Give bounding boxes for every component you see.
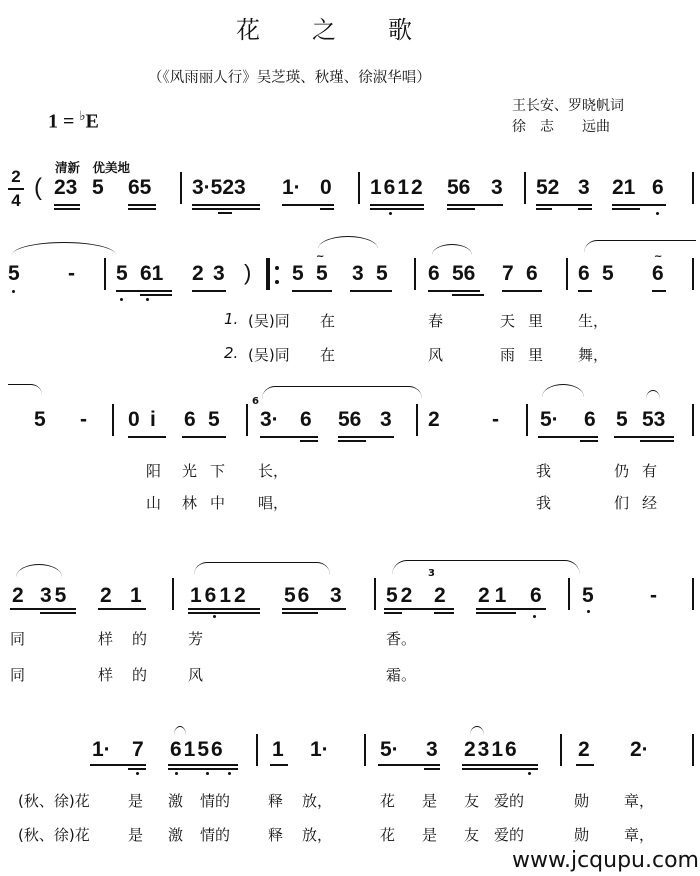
note: 2· bbox=[630, 738, 649, 762]
low-octave-dot bbox=[213, 615, 216, 618]
underline bbox=[384, 612, 402, 614]
underline bbox=[192, 204, 260, 206]
note: 2 bbox=[434, 584, 446, 608]
slur bbox=[646, 390, 660, 399]
underline bbox=[476, 608, 546, 610]
note: 5 bbox=[92, 176, 104, 200]
lyric: 阳 bbox=[146, 460, 161, 481]
note: 7 bbox=[132, 738, 144, 762]
underline bbox=[54, 208, 80, 210]
lyric: (吴)同 bbox=[248, 310, 290, 331]
underline bbox=[370, 204, 424, 206]
note: 3· bbox=[260, 408, 279, 432]
underline bbox=[614, 436, 674, 438]
low-octave-dot bbox=[533, 615, 536, 618]
note: - bbox=[492, 408, 499, 432]
note: 6 bbox=[428, 262, 440, 286]
note: 5 bbox=[34, 408, 46, 432]
lyric: 同 bbox=[10, 628, 25, 649]
underline bbox=[578, 208, 592, 210]
lyric: 章， bbox=[624, 790, 654, 811]
barline bbox=[104, 258, 106, 290]
underline bbox=[338, 436, 394, 438]
underline bbox=[98, 608, 146, 610]
low-octave-dot bbox=[389, 212, 392, 215]
underline bbox=[192, 208, 260, 210]
lyric: 唱， bbox=[258, 492, 288, 513]
underline bbox=[168, 764, 238, 766]
note: 6 bbox=[652, 176, 664, 200]
underline bbox=[192, 290, 226, 292]
paren-close: ) bbox=[244, 260, 251, 286]
lyric: 释 bbox=[268, 790, 283, 811]
underline bbox=[652, 290, 666, 292]
slur bbox=[470, 726, 484, 735]
lyric: 生， bbox=[578, 310, 608, 331]
barline bbox=[566, 258, 568, 290]
underline bbox=[218, 212, 232, 214]
underline bbox=[612, 208, 640, 210]
lyric-verse-number: 1. bbox=[224, 310, 238, 328]
repeat-start-barline-thick bbox=[266, 258, 270, 290]
slur bbox=[16, 564, 62, 577]
note: - bbox=[650, 584, 657, 608]
lyric: 花 bbox=[380, 790, 395, 811]
note: i bbox=[150, 408, 156, 432]
lyric: 经 bbox=[642, 492, 657, 513]
note: 7 bbox=[502, 262, 514, 286]
underline bbox=[128, 204, 156, 206]
lyric: 爱的 bbox=[494, 824, 524, 845]
note: 52 bbox=[536, 176, 559, 200]
note: 3·523 bbox=[192, 176, 246, 200]
note: 3 bbox=[426, 738, 438, 762]
lyricist-credit: 王长安、罗晓帆词 bbox=[512, 95, 624, 115]
note: 2 bbox=[428, 408, 440, 432]
lyric: 勋 bbox=[574, 824, 589, 845]
time-sig-line bbox=[8, 188, 24, 190]
lyric: (吴)同 bbox=[248, 344, 290, 365]
lyric: 天 bbox=[500, 310, 515, 331]
underline bbox=[578, 290, 592, 292]
lyric: 是 bbox=[128, 824, 143, 845]
underline bbox=[434, 612, 454, 614]
note: 3 bbox=[213, 262, 225, 286]
lyric: 里 bbox=[528, 344, 543, 365]
lyric: 中 bbox=[210, 492, 225, 513]
note: 35 bbox=[40, 584, 69, 608]
underline bbox=[168, 768, 238, 770]
underline bbox=[128, 436, 166, 438]
low-octave-dot bbox=[120, 298, 123, 301]
note: 65 bbox=[128, 176, 151, 200]
lyric: 霜。 bbox=[386, 664, 416, 685]
note: 52 bbox=[386, 584, 415, 608]
lyric: 情的 bbox=[200, 790, 230, 811]
underline bbox=[116, 290, 172, 292]
note: 56 bbox=[338, 408, 361, 432]
underline bbox=[282, 612, 318, 614]
note: 6 bbox=[578, 262, 590, 286]
lyric: 雨 bbox=[500, 344, 515, 365]
time-sig-bottom: 4 bbox=[8, 192, 24, 210]
slur bbox=[12, 242, 116, 255]
note: 1· bbox=[310, 738, 329, 762]
song-title: 花之歌 bbox=[236, 10, 464, 45]
barline bbox=[526, 404, 528, 436]
lyric-verse-number: 2. bbox=[224, 344, 238, 362]
grace-note: 6 bbox=[252, 396, 259, 407]
underline bbox=[428, 290, 480, 292]
song-subtitle: （《风雨丽人行》吴芝瑛、秋瑾、徐淑华唱） bbox=[148, 66, 431, 87]
underline bbox=[612, 204, 666, 206]
lyric: 的 bbox=[132, 628, 147, 649]
lyric: 仍 bbox=[614, 460, 629, 481]
note: 1 bbox=[130, 584, 142, 608]
key-label: 1 = bbox=[48, 111, 79, 133]
underline bbox=[536, 204, 592, 206]
note: 5 bbox=[116, 262, 128, 286]
note: 53 bbox=[642, 408, 665, 432]
underline bbox=[447, 208, 475, 210]
low-octave-dot bbox=[136, 772, 139, 775]
lyric: 春 bbox=[428, 310, 443, 331]
note: 5 bbox=[292, 262, 304, 286]
underline bbox=[580, 440, 598, 442]
underline bbox=[338, 440, 366, 442]
note: 21 bbox=[478, 584, 511, 608]
note: 5 bbox=[582, 584, 594, 608]
underline bbox=[424, 768, 440, 770]
note: 1· bbox=[92, 738, 111, 762]
low-octave-dot bbox=[656, 212, 659, 215]
underline bbox=[40, 612, 76, 614]
lyric: 芳 bbox=[188, 628, 203, 649]
key-note: E bbox=[86, 111, 99, 133]
slur bbox=[262, 386, 422, 399]
barline bbox=[172, 578, 174, 610]
note: 6 bbox=[526, 262, 538, 286]
lyric: 情的 bbox=[200, 824, 230, 845]
underline bbox=[182, 436, 226, 438]
underline bbox=[282, 608, 346, 610]
note: 6 bbox=[584, 408, 596, 432]
note: - bbox=[80, 408, 87, 432]
underline bbox=[188, 608, 260, 610]
note: 56 bbox=[452, 262, 475, 286]
lyric: 下 bbox=[210, 460, 225, 481]
barline bbox=[374, 578, 376, 610]
underline bbox=[462, 764, 538, 766]
underline bbox=[128, 208, 156, 210]
note: 0 bbox=[128, 408, 140, 432]
underline bbox=[300, 440, 318, 442]
lyric: 同 bbox=[10, 664, 25, 685]
note: 61 bbox=[140, 262, 163, 286]
note: 0 bbox=[320, 176, 332, 200]
slur bbox=[432, 244, 472, 255]
underline bbox=[128, 768, 146, 770]
lyric: (秋、徐)花 bbox=[18, 790, 90, 811]
underline bbox=[447, 204, 503, 206]
note: 3 bbox=[352, 262, 364, 286]
grace-note: 3 bbox=[428, 568, 435, 579]
lyric: 有 bbox=[642, 460, 657, 481]
underline bbox=[452, 294, 484, 296]
lyric: 释 bbox=[268, 824, 283, 845]
underline bbox=[260, 436, 318, 438]
underline bbox=[476, 612, 516, 614]
note: 5· bbox=[540, 408, 559, 432]
note: 2316 bbox=[464, 738, 519, 762]
slur bbox=[174, 726, 186, 735]
underline bbox=[188, 612, 260, 614]
underline bbox=[378, 764, 440, 766]
slur bbox=[194, 562, 330, 575]
barline bbox=[692, 404, 694, 436]
low-octave-dot bbox=[146, 298, 149, 301]
time-sig-top: 2 bbox=[8, 168, 24, 186]
note: 6 bbox=[652, 262, 664, 286]
low-octave-dot bbox=[528, 772, 531, 775]
key-signature: 1 = ♭E bbox=[48, 108, 99, 134]
note: 2 bbox=[578, 738, 590, 762]
note: 2 bbox=[100, 584, 112, 608]
barline bbox=[560, 734, 562, 766]
note: 1612 bbox=[370, 176, 425, 200]
note: 3 bbox=[380, 408, 392, 432]
underline bbox=[54, 204, 80, 206]
lyric: 林 bbox=[182, 492, 197, 513]
note: 5 bbox=[616, 408, 628, 432]
lyric: 样 bbox=[98, 628, 113, 649]
watermark: www.jcqupu.com bbox=[512, 848, 699, 873]
low-octave-dot bbox=[228, 772, 231, 775]
slur-tail bbox=[8, 384, 42, 395]
underline bbox=[292, 290, 332, 292]
lyric: 花 bbox=[380, 824, 395, 845]
barline bbox=[112, 404, 114, 436]
note: 1 bbox=[272, 738, 284, 762]
lyric: 舞， bbox=[578, 344, 608, 365]
barline bbox=[358, 172, 360, 204]
lyric: 样 bbox=[98, 664, 113, 685]
note: 2 bbox=[12, 584, 24, 608]
lyric: 是 bbox=[128, 790, 143, 811]
lyric: 放， bbox=[302, 824, 332, 845]
note: 3 bbox=[330, 584, 342, 608]
repeat-dot bbox=[275, 280, 279, 284]
mordent-icon: ~ bbox=[316, 251, 324, 262]
note: 2 bbox=[192, 262, 204, 286]
time-signature: 2 4 bbox=[8, 168, 24, 210]
barline bbox=[692, 172, 694, 204]
underline bbox=[90, 764, 146, 766]
lyric: 风 bbox=[188, 664, 203, 685]
underline bbox=[538, 436, 598, 438]
lyric: 勋 bbox=[574, 790, 589, 811]
underline bbox=[10, 608, 76, 610]
lyric: 是 bbox=[422, 790, 437, 811]
low-octave-dot bbox=[206, 772, 209, 775]
lyric: 激 bbox=[168, 790, 183, 811]
lyric: 山 bbox=[146, 492, 161, 513]
low-octave-dot bbox=[175, 772, 178, 775]
barline bbox=[246, 404, 248, 436]
lyric: 的 bbox=[132, 664, 147, 685]
slur bbox=[392, 560, 580, 575]
lyric: 光 bbox=[182, 460, 197, 481]
lyric: 激 bbox=[168, 824, 183, 845]
slur bbox=[584, 240, 696, 253]
lyric: 友 bbox=[464, 824, 479, 845]
underline bbox=[270, 764, 288, 766]
lyric: 爱的 bbox=[494, 790, 524, 811]
barline bbox=[692, 258, 694, 290]
note: 56 bbox=[284, 584, 311, 608]
lyric: 我 bbox=[536, 492, 551, 513]
underline bbox=[282, 204, 334, 206]
note: 5 bbox=[376, 262, 388, 286]
note: 3 bbox=[578, 176, 590, 200]
slur bbox=[318, 236, 378, 249]
lyric: 香。 bbox=[386, 628, 416, 649]
barline bbox=[180, 172, 182, 204]
note: - bbox=[68, 262, 75, 286]
underline bbox=[536, 208, 552, 210]
note: 56 bbox=[447, 176, 470, 200]
low-octave-dot bbox=[12, 290, 15, 293]
lyric: 我 bbox=[536, 460, 551, 481]
tempo-marking: 清新 优美地 bbox=[55, 158, 130, 176]
composer-credit: 徐 志 远曲 bbox=[512, 116, 610, 136]
underline bbox=[140, 294, 172, 296]
lyric: 章， bbox=[624, 824, 654, 845]
barline bbox=[256, 734, 258, 766]
barline bbox=[416, 404, 418, 436]
note: 6 bbox=[184, 408, 196, 432]
note: 1612 bbox=[190, 584, 249, 608]
underline bbox=[462, 768, 538, 770]
note: 5 bbox=[208, 408, 220, 432]
note: 5 bbox=[8, 262, 20, 286]
note: 6156 bbox=[170, 738, 225, 762]
low-octave-dot bbox=[587, 610, 590, 613]
note: 3 bbox=[491, 176, 503, 200]
lyric: 长， bbox=[258, 460, 288, 481]
lyric: 们 bbox=[614, 492, 629, 513]
underline bbox=[370, 208, 424, 210]
note: 6 bbox=[530, 584, 542, 608]
lyric: 放， bbox=[302, 790, 332, 811]
underline bbox=[576, 764, 594, 766]
note: 6 bbox=[300, 408, 312, 432]
barline bbox=[524, 172, 526, 204]
underline bbox=[320, 208, 334, 210]
lyric: 在 bbox=[320, 344, 335, 365]
barline bbox=[364, 734, 366, 766]
note: 5· bbox=[380, 738, 399, 762]
lyric: 风 bbox=[428, 344, 443, 365]
note: 5 bbox=[602, 262, 614, 286]
barline bbox=[692, 734, 694, 766]
note: 23 bbox=[54, 176, 77, 200]
lyric: 在 bbox=[320, 310, 335, 331]
note: 1· bbox=[282, 176, 301, 200]
barline bbox=[692, 578, 694, 610]
lyric: 友 bbox=[464, 790, 479, 811]
underline bbox=[350, 290, 392, 292]
barline bbox=[414, 258, 416, 290]
underline bbox=[384, 608, 454, 610]
lyric: 是 bbox=[422, 824, 437, 845]
lyric: (秋、徐)花 bbox=[18, 824, 90, 845]
underline bbox=[502, 290, 542, 292]
underline bbox=[640, 440, 674, 442]
lyric: 里 bbox=[528, 310, 543, 331]
barline bbox=[568, 578, 570, 610]
paren-open: ( bbox=[34, 174, 42, 202]
slur bbox=[542, 384, 584, 397]
repeat-dot bbox=[275, 266, 279, 270]
note: 21 bbox=[612, 176, 635, 200]
note: 5 bbox=[316, 262, 328, 286]
